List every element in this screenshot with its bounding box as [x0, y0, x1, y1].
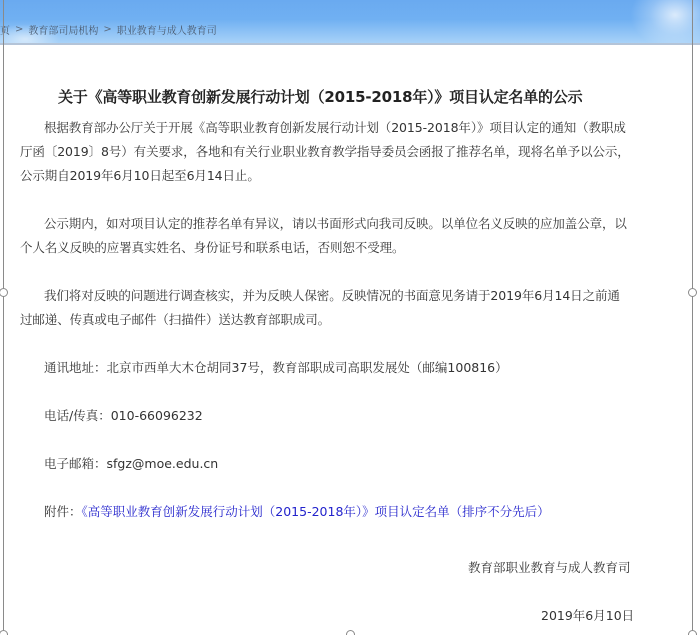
resize-handle-bottom-center[interactable]	[346, 630, 355, 635]
article-paragraph-1: 根据教育部办公厅关于开展《高等职业教育创新发展行动计划（2015-2018年）》…	[20, 116, 630, 188]
signature-date: 2019年6月10日	[541, 606, 634, 624]
attachment-label: 附件：	[44, 504, 82, 519]
resize-handle-right[interactable]	[688, 288, 697, 297]
attachment-link[interactable]: 《高等职业教育创新发展行动计划（2015-2018年）》项目认定名单（排序不分先…	[82, 504, 550, 519]
article-paragraph-3: 我们将对反映的问题进行调查核实，并为反映人保密。反映情况的书面意见务请于2019…	[20, 284, 630, 332]
article-content: 关于《高等职业教育创新发展行动计划（2015-2018年）》项目认定名单的公示 …	[20, 78, 630, 524]
signature-department: 教育部职业教育与成人教育司	[468, 558, 631, 576]
contact-phone: 电话/传真：010-66096232	[44, 404, 630, 428]
contact-email: 电子邮箱：sfgz@moe.edu.cn	[44, 452, 630, 476]
page-title: 关于《高等职业教育创新发展行动计划（2015-2018年）》项目认定名单的公示	[58, 78, 630, 116]
selection-frame-left-edge	[3, 0, 4, 635]
resize-handle-left[interactable]	[0, 288, 8, 297]
sparkle-decoration	[630, 0, 700, 45]
chevron-right-icon: >	[15, 24, 23, 35]
breadcrumb-ministry-departments[interactable]: 教育部司局机构	[28, 22, 98, 37]
attachment-row: 附件：《高等职业教育创新发展行动计划（2015-2018年）》项目认定名单（排序…	[44, 500, 630, 524]
article-paragraph-2: 公示期内，如对项目认定的推荐名单有异议，请以书面形式向我司反映。以单位名义反映的…	[20, 212, 630, 260]
selection-frame-right-edge	[692, 0, 693, 635]
site-header-banner: 页 > 教育部司局机构 > 职业教育与成人教育司	[0, 0, 700, 45]
resize-handle-bottom-right[interactable]	[688, 630, 697, 635]
breadcrumb-home[interactable]: 页	[0, 22, 10, 37]
chevron-right-icon: >	[103, 24, 111, 35]
breadcrumb: 页 > 教育部司局机构 > 职业教育与成人教育司	[0, 22, 217, 37]
contact-address: 通讯地址：北京市西单大木仓胡同37号，教育部职成司高职发展处（邮编100816）	[44, 356, 630, 380]
resize-handle-bottom-left[interactable]	[0, 630, 8, 635]
breadcrumb-vocational-education-dept[interactable]: 职业教育与成人教育司	[117, 22, 217, 37]
